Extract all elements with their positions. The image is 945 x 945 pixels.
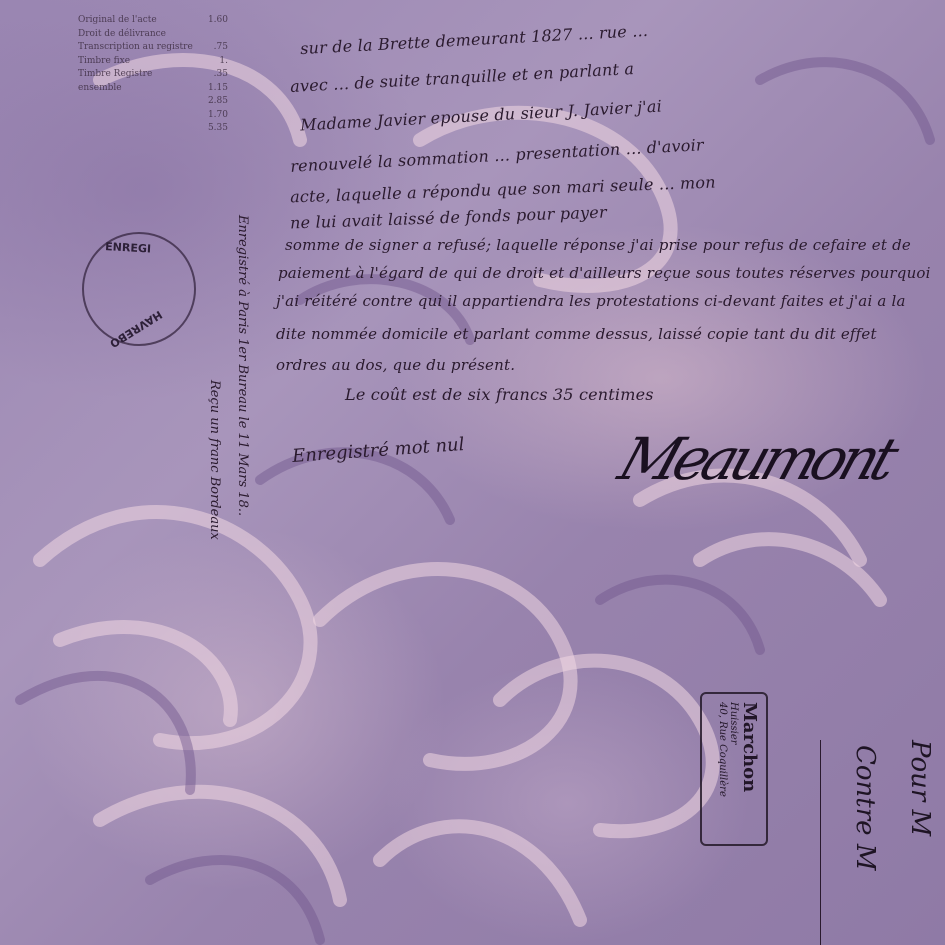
cost-line: Le coût est de six francs 35 centimes [345,385,654,404]
ledger-value: 1.70 [208,109,228,123]
document-line: j'ai réitéré contre qui il appartiendra … [276,292,906,310]
ledger-value: 2.85 [208,95,228,109]
ledger-value: 1. [219,55,228,69]
scrapbook-paper: Original de l'acte1.60 Droit de délivran… [0,0,945,945]
ledger-label: ensemble [78,82,122,96]
ledger-value: .35 [214,68,228,82]
ledger-label: Droit de délivrance [78,28,166,42]
divider-line [820,740,821,945]
ledger-row: Timbre Registre.35 [78,68,228,82]
pour-label: Pour M [905,740,935,836]
vertical-registration-note: Enregistré à Paris 1er Bureau le 11 Mars… [235,215,250,516]
ledger-row: Original de l'acte1.60 [78,14,228,28]
ledger-value: 1.15 [208,82,228,96]
huissier-name: Marchon [739,702,760,842]
huissier-address: 40, Rue Coquillère [717,702,728,842]
huissier-stamp: Marchon Huissier 40, Rue Coquillère [700,692,768,846]
ledger-row: Transcription au registre.75 [78,41,228,55]
ledger-row: 1.70 [78,109,228,123]
ledger-row: ensemble1.15 [78,82,228,96]
ledger-row: Droit de délivrance [78,28,228,42]
signature: Meaumont [611,425,901,493]
ledger-value: 1.60 [208,14,228,28]
ledger-label: Timbre fixe [78,55,130,69]
document-line: paiement à l'égard de qui de droit et d'… [278,264,931,282]
ledger-label: Timbre Registre [78,68,152,82]
cost-ledger: Original de l'acte1.60 Droit de délivran… [78,14,228,136]
vertical-receipt-note: Reçu un franc Bordeaux [207,380,222,540]
ledger-label: Original de l'acte [78,14,157,28]
document-line: ordres au dos, que du présent. [276,356,515,374]
ledger-value: .75 [214,41,228,55]
ledger-label: Transcription au registre [78,41,193,55]
ledger-row: 5.35 [78,122,228,136]
ledger-value: 5.35 [208,122,228,136]
huissier-role: Huissier [728,702,739,842]
contre-label: Contre M [850,745,880,870]
document-line: somme de signer a refusé; laquelle répon… [285,236,911,254]
stamp-top-text: ENREGI [105,240,151,255]
ledger-row: 2.85 [78,95,228,109]
document-line: dite nommée domicile et parlant comme de… [276,325,877,343]
ledger-row: Timbre fixe1. [78,55,228,69]
